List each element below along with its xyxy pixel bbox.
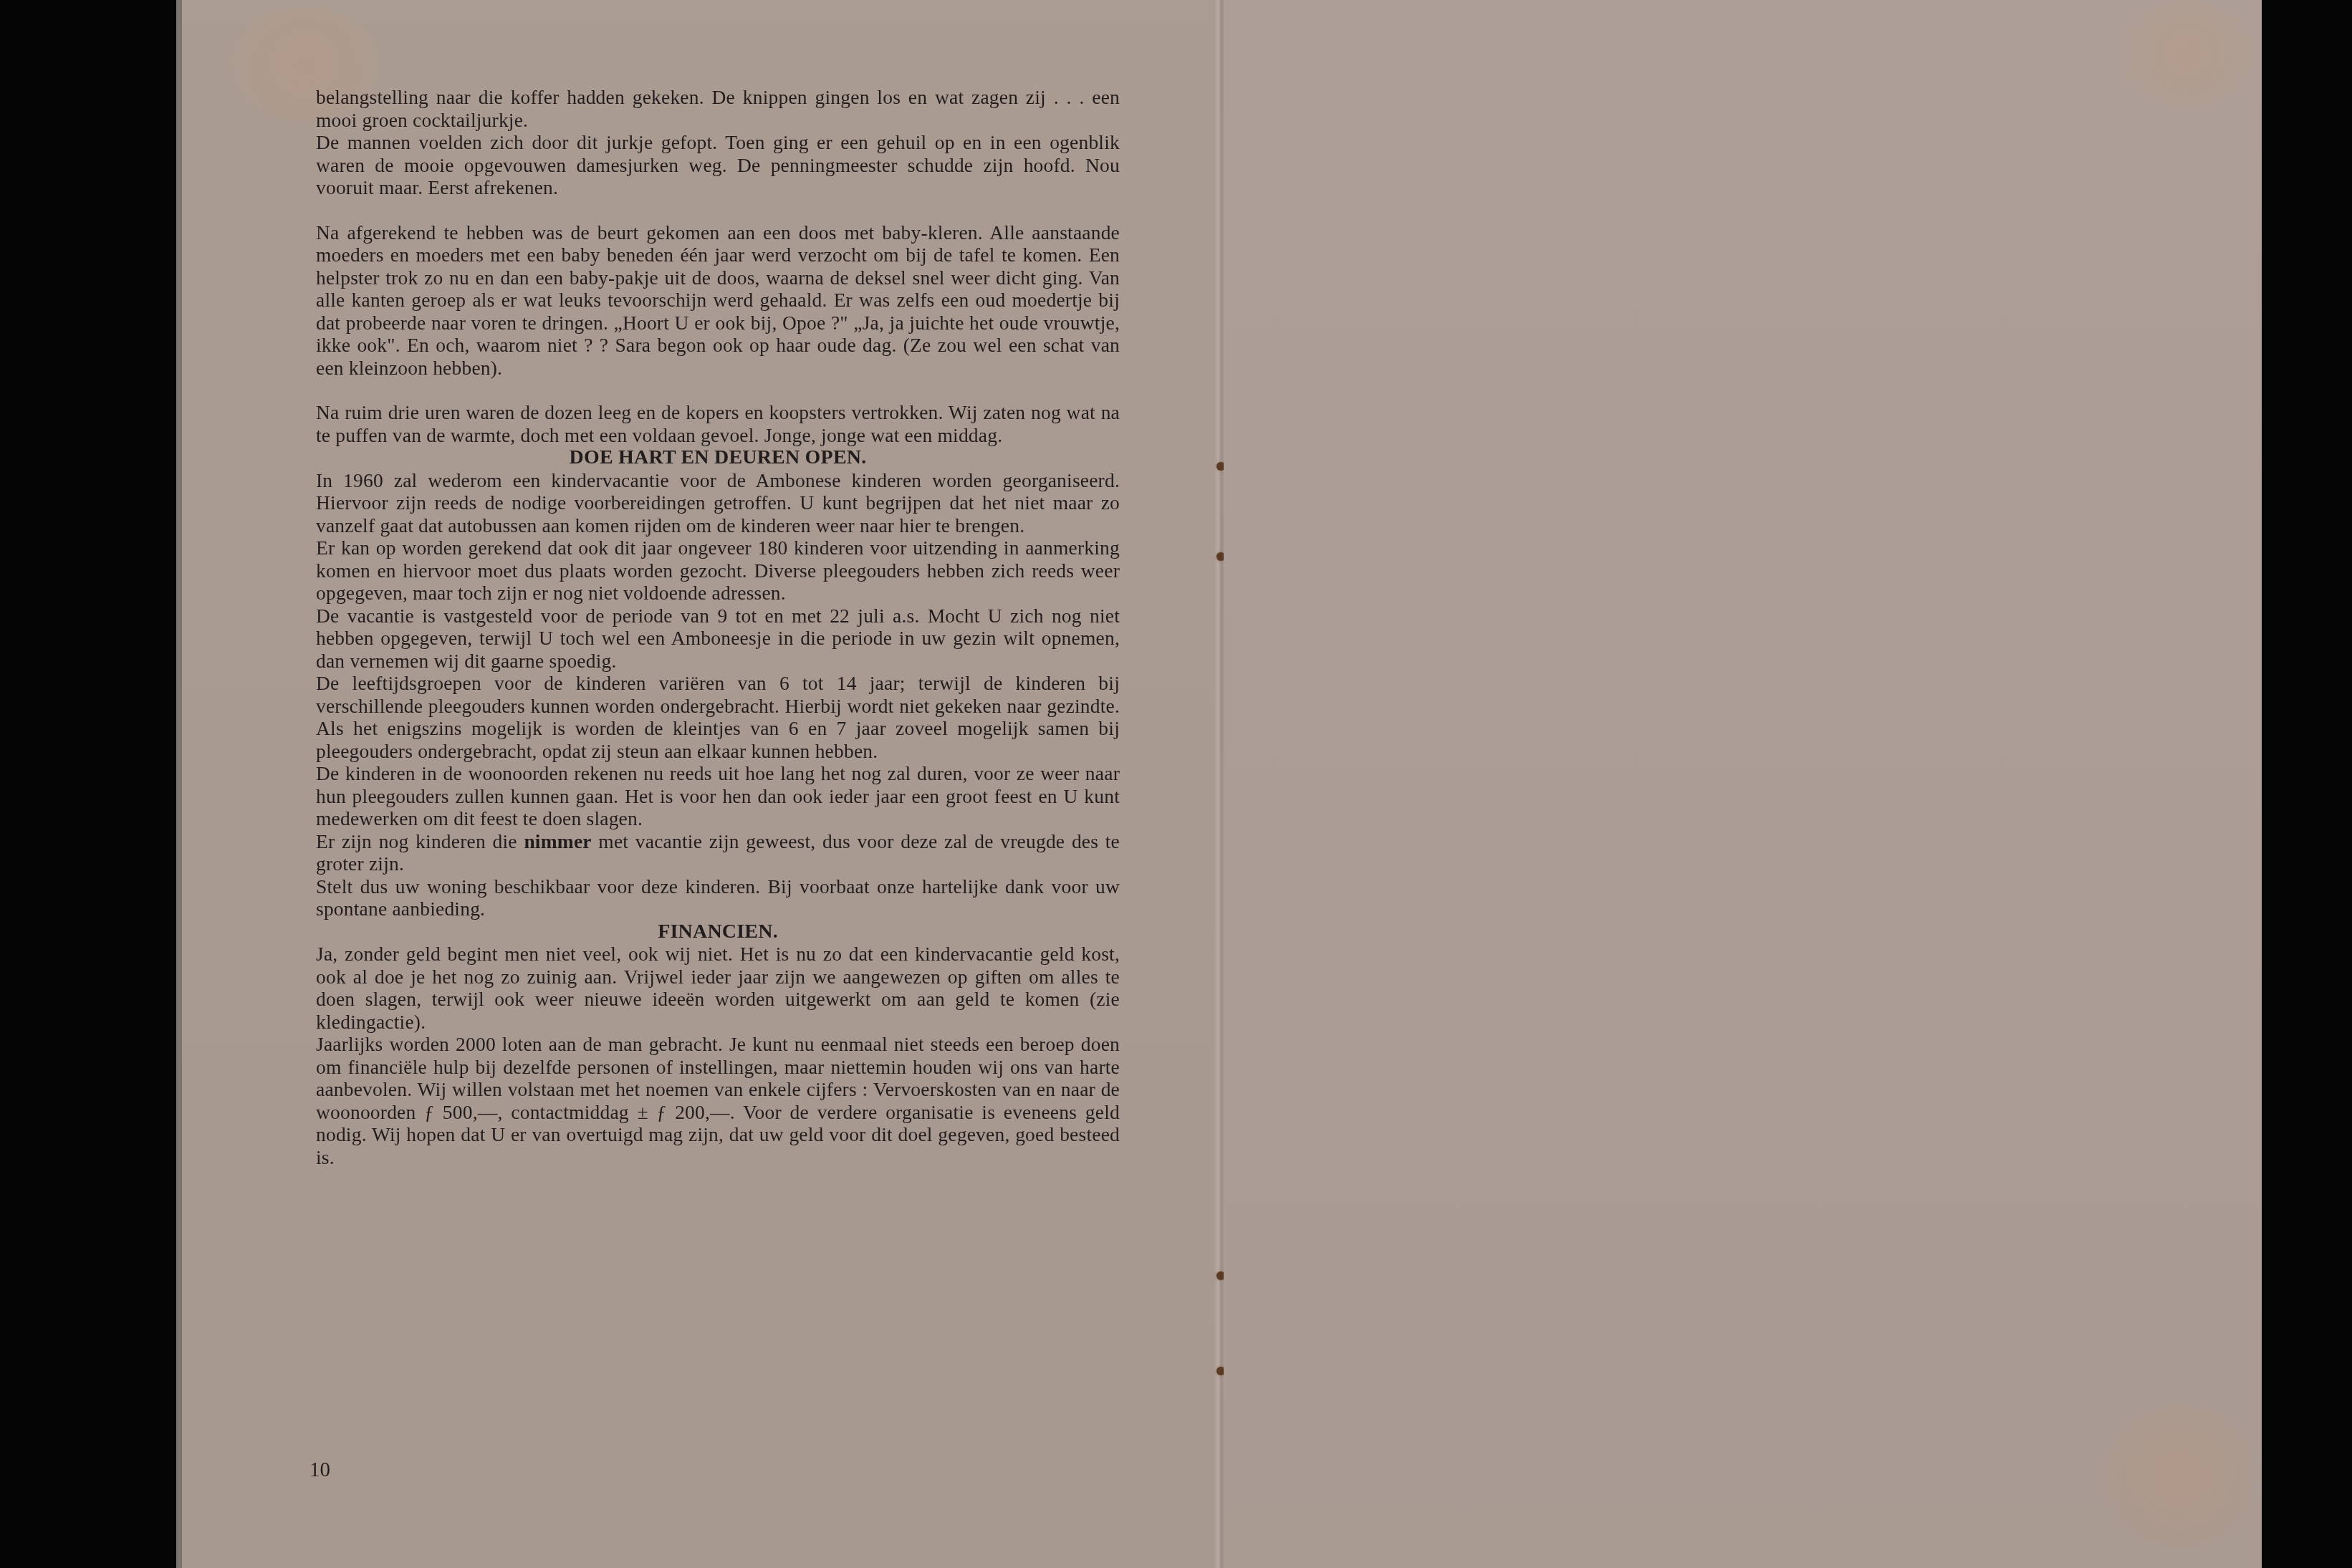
paragraph: In 1960 zal wederom een kindervacantie v… <box>316 469 1120 537</box>
paragraph: Er kan op worden gerekend dat ook dit ja… <box>316 537 1120 605</box>
paper-stain <box>2105 1404 2255 1547</box>
paragraph: Na ruim drie uren waren de dozen leeg en… <box>316 401 1120 446</box>
paragraph: De mannen voelden zich door dit jurkje g… <box>316 131 1120 199</box>
paragraph: De vacantie is vastgesteld voor de perio… <box>316 605 1120 673</box>
page-number: 10 <box>309 1458 330 1482</box>
page-edge <box>176 0 182 1568</box>
left-page: belangstelling naar die koffer hadden ge… <box>176 0 1216 1568</box>
text-column: belangstelling naar die koffer hadden ge… <box>316 86 1120 1168</box>
paragraph: Ja, zonder geld begint men niet veel, oo… <box>316 943 1120 1033</box>
paragraph: Jaarlijks worden 2000 loten aan de man g… <box>316 1033 1120 1168</box>
paragraph: belangstelling naar die koffer hadden ge… <box>316 86 1120 131</box>
booklet-spread: belangstelling naar die koffer hadden ge… <box>176 0 2262 1568</box>
section-heading-doe-hart: DOE HART EN DEUREN OPEN. <box>316 446 1120 469</box>
paragraph: De kinderen in de woonoorden rekenen nu … <box>316 762 1120 830</box>
paragraph: De leeftijdsgroepen voor de kinderen var… <box>316 672 1120 762</box>
paragraph: Na afgerekend te hebben was de beurt gek… <box>316 221 1120 380</box>
emphasis-nimmer: nimmer <box>524 830 591 852</box>
paragraph-nimmer: Er zijn nog kinderen die nimmer met vaca… <box>316 830 1120 875</box>
paper-stain <box>2119 0 2255 107</box>
section-heading-financien: FINANCIEN. <box>316 920 1120 943</box>
paragraph: Stelt dus uw woning beschikbaar voor dez… <box>316 875 1120 920</box>
right-page-blank <box>1224 0 2262 1568</box>
